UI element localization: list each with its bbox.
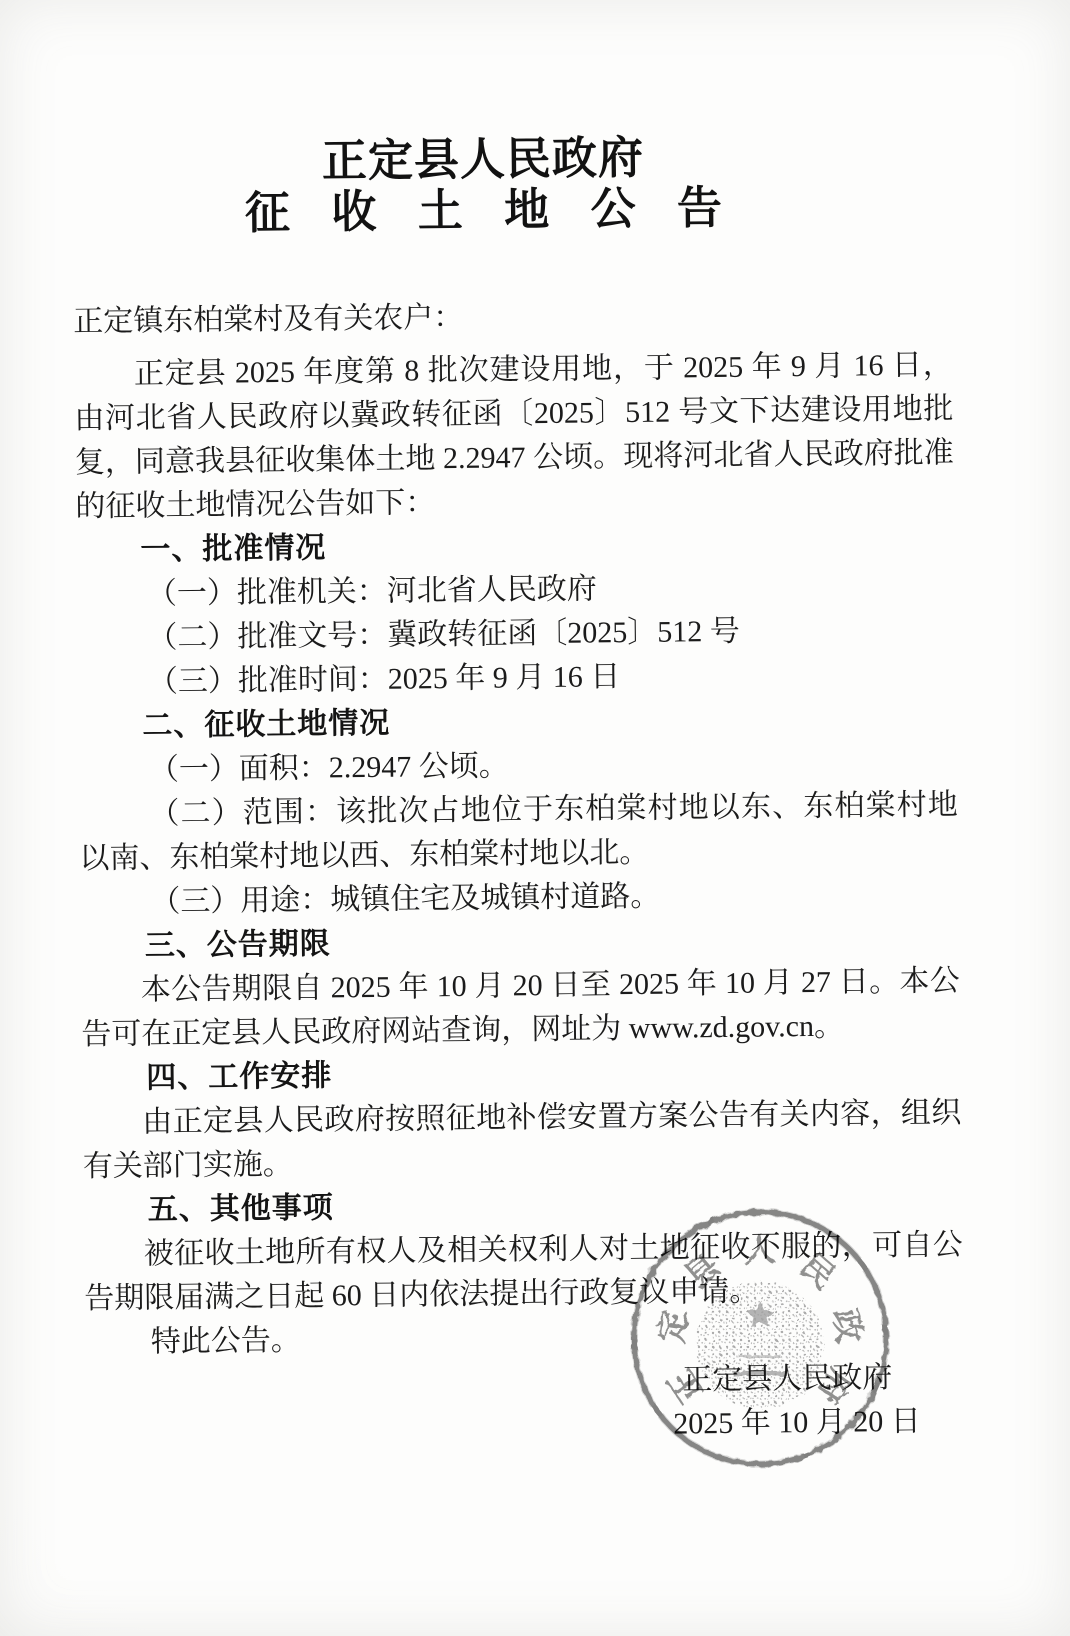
section-2-item-2: （二）范围：该批次占地位于东柏棠村地以东、东柏棠村地以南、东柏棠村地以西、东柏棠… bbox=[79, 783, 959, 881]
document-page: 正定县人民政府 征收土地公告 正定镇东柏棠村及有关农户： 正定县 2025 年度… bbox=[0, 0, 1070, 1636]
section-3-body: 本公告期限自 2025 年 10 月 20 日至 2025 年 10 月 27 … bbox=[81, 959, 961, 1057]
document-content: 正定县人民政府 征收土地公告 正定镇东柏棠村及有关农户： 正定县 2025 年度… bbox=[0, 0, 1070, 1454]
signature-date: 2025 年 10 月 20 日 bbox=[86, 1399, 965, 1453]
salutation: 正定镇东柏棠村及有关农户： bbox=[73, 290, 952, 344]
section-5-body: 被征收土地所有权人及相关权利人对土地征收不服的，可自公告期限届满之日起 60 日… bbox=[84, 1223, 964, 1321]
doc-title-line2: 征收土地公告 bbox=[44, 180, 924, 241]
section-4-body: 由正定县人民政府按照征地补偿安置方案公告有关内容，组织有关部门实施。 bbox=[82, 1091, 962, 1189]
intro-paragraph: 正定县 2025 年度第 8 批次建设用地，于 2025 年 9 月 16 日，… bbox=[74, 343, 955, 529]
